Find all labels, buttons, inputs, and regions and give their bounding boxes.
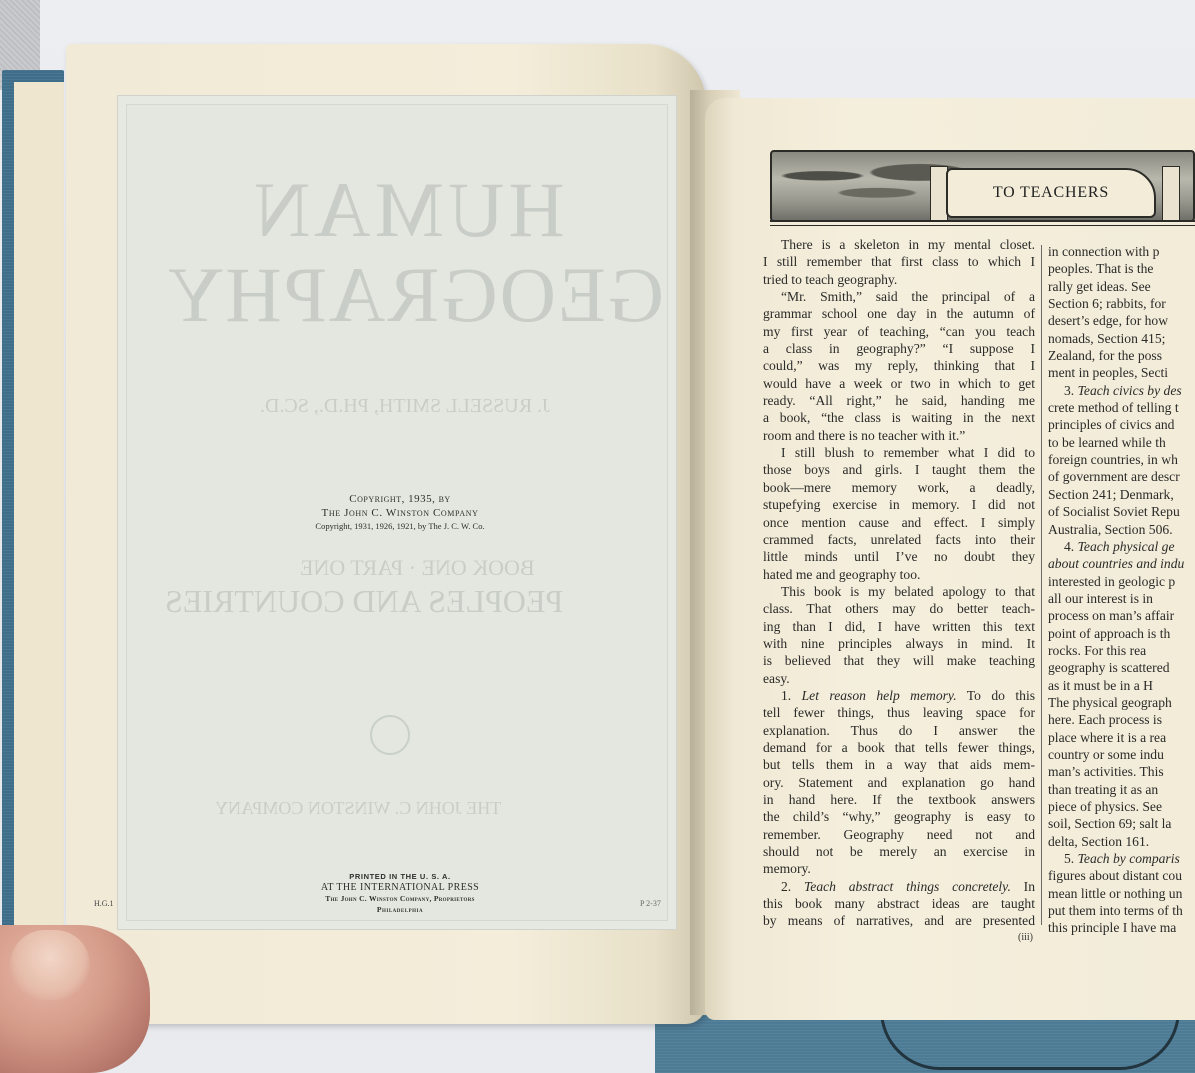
show-through-publisher: THE JOHN C. WINSTON COMPANY [215,798,501,819]
text-line: principles of civics and [1048,416,1195,433]
column-divider [1041,245,1042,925]
text-line: This book is my belated apology to that [763,583,1035,600]
text-line: figures about distant cou [1048,867,1195,884]
text-line: this book many abstract ideas are taught [763,895,1035,912]
text-line: process on man’s affair [1048,607,1195,624]
text-line: all our interest is in [1048,590,1195,607]
text-line: delta, Section 161. [1048,833,1195,850]
text-line: piece of physics. See [1048,798,1195,815]
text-line: 4. Teach physical ge [1048,538,1195,555]
text-line: of Socialist Soviet Repu [1048,503,1195,520]
text-line: should not be merely an exercise in [763,843,1035,860]
text-line: little minds until I’ve no doubt they [763,548,1035,565]
text-line: I still remember that first class to whi… [763,253,1035,270]
copyright-line1: Copyright, 1935, by [250,492,550,506]
text-line: would have a week or two in which to get [763,375,1035,392]
text-line: I still blush to remember what I did to [763,444,1035,461]
text-line: desert’s edge, for how [1048,312,1195,329]
text-line: place where it is a rea [1048,729,1195,746]
text-line: country or some indu [1048,746,1195,763]
copyright-notice: Copyright, 1935, by The John C. Winston … [250,492,550,533]
text-line: in hand here. If the textbook answers [763,791,1035,808]
text-line: hated me and geography too. [763,566,1035,583]
text-line: could,” was my reply, thinking that I [763,357,1035,374]
pillar-right-icon [1162,166,1180,222]
endpaper-edge [14,82,64,948]
text-line: book—mere memory work, a deadly, [763,479,1035,496]
text-line: ory. Statement and explanation go hand [763,774,1035,791]
copyright-line3: Copyright, 1931, 1926, 1921, by The J. C… [250,520,550,533]
text-line: soil, Section 69; salt la [1048,815,1195,832]
text-line: rally get ideas. See [1048,278,1195,295]
printer-imprint: PRINTED IN THE U. S. A. AT THE INTERNATI… [250,872,550,915]
text-line: Zealand, for the poss [1048,347,1195,364]
text-line: a class in geography?” “I suppose I [763,340,1035,357]
text-line: easy. [763,670,1035,687]
text-line: Section 6; rabbits, for [1048,295,1195,312]
text-line: peoples. That is the [1048,260,1195,277]
text-line: memory. [763,860,1035,877]
show-through-title-line2: GEOGRAPHY [165,250,664,340]
text-line: nomads, Section 415; [1048,330,1195,347]
show-through-subtitle-line1: BOOK ONE · PART ONE [300,555,535,581]
text-line: of government are descr [1048,468,1195,485]
text-line: in connection with p [1048,243,1195,260]
text-line: ing than I did, I have written this text [763,618,1035,635]
text-line: crete method of telling t [1048,399,1195,416]
text-line: but tells them in a way that aids mem- [763,756,1035,773]
text-line: ment in peoples, Secti [1048,364,1195,381]
text-line: stupefying exercise in memory. I did not [763,496,1035,513]
text-line: rocks. For this rea [1048,642,1195,659]
text-line: a book, “the class is waiting in the nex… [763,409,1035,426]
printed-line3: The John C. Winston Company, Proprietors [250,893,550,904]
text-line: 2. Teach abstract things concretely. In [763,878,1035,895]
text-line: put them into terms of th [1048,902,1195,919]
text-line: foreign countries, in wh [1048,451,1195,468]
text-line: is believed that they will make teaching [763,652,1035,669]
show-through-title-line1: HUMAN [250,165,565,255]
text-line: by means of narratives, and are presente… [763,912,1035,929]
text-line: as it must be in a H [1048,677,1195,694]
copyright-line2: The John C. Winston Company [250,506,550,520]
text-line: ready. “All right,” he said, handing me [763,392,1035,409]
text-line: those boys and girls. I taught them the [763,461,1035,478]
chapter-title: TO TEACHERS [993,184,1109,202]
text-line: once mention cause and effect. I simply [763,514,1035,531]
text-line: here. Each process is [1048,711,1195,728]
text-line: to be learned while th [1048,434,1195,451]
printed-line4: Philadelphia [250,904,550,915]
text-line: Australia, Section 506. [1048,521,1195,538]
text-line: remember. Geography need not and [763,826,1035,843]
text-line: point of approach is th [1048,625,1195,642]
text-line: There is a skeleton in my mental closet. [763,236,1035,253]
thumbnail-highlight [10,930,90,1000]
text-line: my first year of teaching, “can you teac… [763,323,1035,340]
text-line: tried to teach geography. [763,271,1035,288]
text-line: tell fewer things, thus leaving space fo… [763,704,1035,721]
text-line: class. That others may do better teach- [763,600,1035,617]
text-line: 1. Let reason help memory. To do this [763,687,1035,704]
printed-line2: AT THE INTERNATIONAL PRESS [250,882,550,893]
show-through-author: J. RUSSELL SMITH, PH.D., SC.D. [260,395,550,418]
show-through-subtitle-line2: PEOPLES AND COUNTRIES [165,583,563,620]
text-line: geography is scattered [1048,659,1195,676]
text-line: The physical geograph [1048,694,1195,711]
text-line: grammar school one day in the autumn of [763,305,1035,322]
header-plaque: TO TEACHERS [946,168,1156,218]
publisher-emblem-icon [370,715,410,755]
text-column-1: There is a skeleton in my mental closet.… [763,236,1035,930]
text-line: interested in geologic p [1048,573,1195,590]
print-code-right: P 2-37 [640,899,661,908]
text-line: the child’s “why,” geography is easy to [763,808,1035,825]
text-line: about countries and indu [1048,555,1195,572]
text-line: 5. Teach by comparis [1048,850,1195,867]
text-line: with nine principles always in mind. It [763,635,1035,652]
text-line: demand for a book that tells fewer thing… [763,739,1035,756]
print-code-left: H.G.1 [94,899,114,908]
text-line: Section 241; Denmark, [1048,486,1195,503]
text-line: this principle I have ma [1048,919,1195,936]
text-column-2: in connection with ppeoples. That is the… [1048,243,1195,937]
text-line: man’s activities. This [1048,763,1195,780]
text-line: 3. Teach civics by des [1048,382,1195,399]
text-line: explanation. Thus do I answer the [763,722,1035,739]
text-line: “Mr. Smith,” said the principal of a [763,288,1035,305]
printed-line1: PRINTED IN THE U. S. A. [250,872,550,882]
page-number: (iii) [1018,932,1033,943]
text-line: crammed facts, unrelated facts into thei… [763,531,1035,548]
chapter-header-illustration: TO TEACHERS [770,150,1195,228]
text-line: room and there is no teacher with it.” [763,427,1035,444]
header-base-rule [770,220,1195,226]
text-line: mean little or nothing un [1048,885,1195,902]
text-line: than treating it as an [1048,781,1195,798]
